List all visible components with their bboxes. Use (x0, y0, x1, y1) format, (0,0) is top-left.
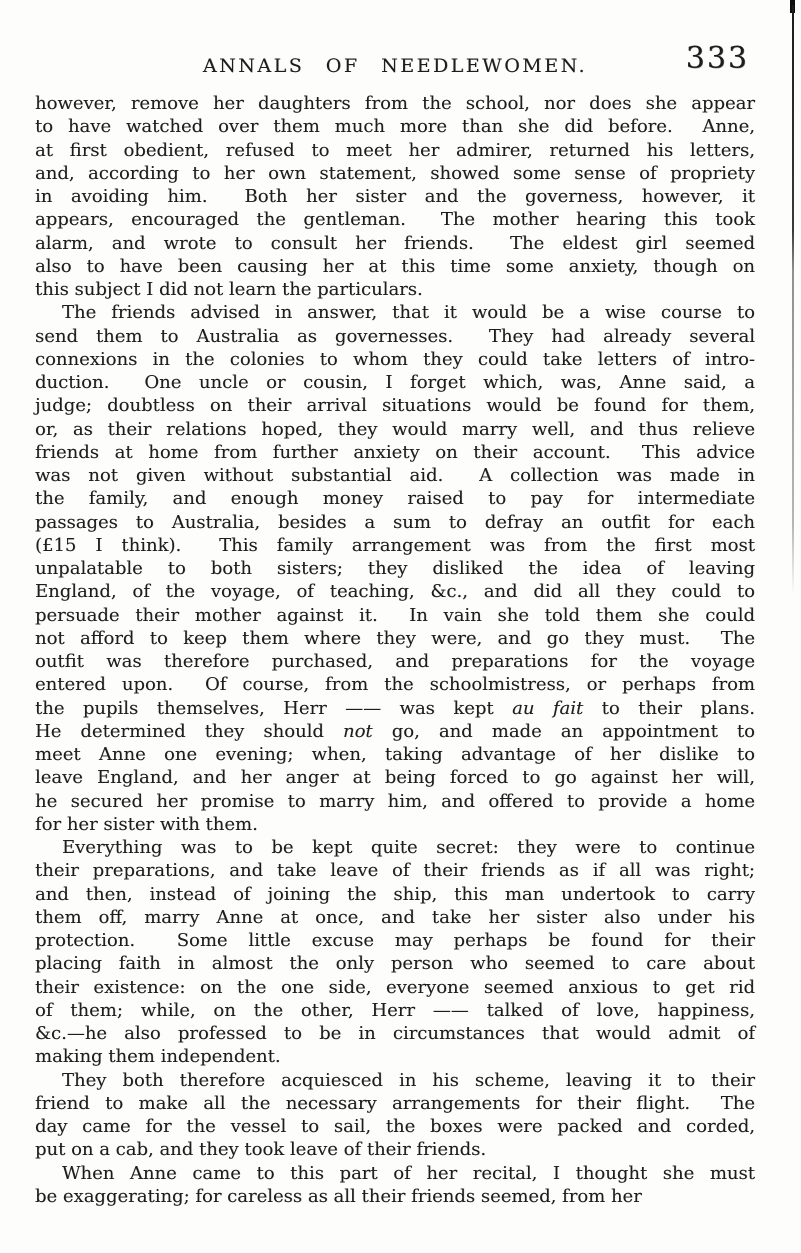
text-line: He determined they should not go, and ma… (35, 720, 755, 743)
text-line: the family, and enough money raised to p… (35, 487, 755, 510)
text-line: They both therefore acquiesced in his sc… (35, 1069, 755, 1092)
text-line: of them; while, on the other, Herr —— ta… (35, 999, 755, 1022)
text-line: The friends advised in answer, that it w… (35, 301, 755, 324)
paragraph: The friends advised in answer, that it w… (35, 301, 755, 836)
text-line: appears, encouraged the gentleman. The m… (35, 208, 755, 231)
text-line: for her sister with them. (35, 813, 755, 836)
text-line: friend to make all the necessary arrange… (35, 1092, 755, 1115)
text-line: not afford to keep them where they were,… (35, 627, 755, 650)
text-line: judge; doubtless on their arrival situat… (35, 394, 755, 417)
text-line: placing faith in almost the only person … (35, 952, 755, 975)
text-line: to have watched over them much more than… (35, 115, 755, 138)
text-line: them off, marry Anne at once, and take h… (35, 906, 755, 929)
text-line: was not given without substantial aid. A… (35, 464, 755, 487)
paragraph: Everything was to be kept quite secret: … (35, 836, 755, 1069)
text-line: put on a cab, and they took leave of the… (35, 1138, 755, 1161)
text-line: the pupils themselves, Herr —— was kept … (35, 697, 755, 720)
text-line: he secured her promise to marry him, and… (35, 790, 755, 813)
paragraph: They both therefore acquiesced in his sc… (35, 1069, 755, 1162)
text-line: alarm, and wrote to consult her friends.… (35, 232, 755, 255)
text-line: their preparations, and take leave of th… (35, 859, 755, 882)
text-line: connexions in the colonies to whom they … (35, 348, 755, 371)
page-number: 333 (686, 41, 749, 76)
text-line: persuade their mother against it. In vai… (35, 604, 755, 627)
text-line: &c.—he also professed to be in circumsta… (35, 1022, 755, 1045)
text-line: entered upon. Of course, from the school… (35, 673, 755, 696)
text-line: send them to Australia as governesses. T… (35, 325, 755, 348)
text-line: and, according to her own statement, sho… (35, 162, 755, 185)
paragraph: When Anne came to this part of her recit… (35, 1162, 755, 1209)
text-line: also to have been causing her at this ti… (35, 255, 755, 278)
text-block: however, remove her daughters from the s… (35, 92, 755, 1208)
text-line: outfit was therefore purchased, and prep… (35, 650, 755, 673)
text-line: day came for the vessel to sail, the box… (35, 1115, 755, 1138)
text-line: this subject I did not learn the particu… (35, 278, 755, 301)
text-line: or, as their relations hoped, they would… (35, 418, 755, 441)
text-line: unpalatable to both sisters; they dislik… (35, 557, 755, 580)
page-header: ANNALS OF NEEDLEWOMEN. 333 (35, 51, 755, 87)
text-line: in avoiding him. Both her sister and the… (35, 185, 755, 208)
text-line: however, remove her daughters from the s… (35, 92, 755, 115)
text-line: When Anne came to this part of her recit… (35, 1162, 755, 1185)
text-line: protection. Some little excuse may perha… (35, 929, 755, 952)
text-line: leave England, and her anger at being fo… (35, 766, 755, 789)
text-line: Everything was to be kept quite secret: … (35, 836, 755, 859)
text-line: be exaggerating; for careless as all the… (35, 1185, 755, 1208)
paragraph: however, remove her daughters from the s… (35, 92, 755, 301)
text-line: making them independent. (35, 1045, 755, 1068)
text-line: passages to Australia, besides a sum to … (35, 511, 755, 534)
text-line: and then, instead of joining the ship, t… (35, 883, 755, 906)
text-line: friends at home from further anxiety on … (35, 441, 755, 464)
text-line: duction. One uncle or cousin, I forget w… (35, 371, 755, 394)
text-line: meet Anne one evening; when, taking adva… (35, 743, 755, 766)
text-line: England, of the voyage, of teaching, &c.… (35, 580, 755, 603)
text-line: at first obedient, refused to meet her a… (35, 139, 755, 162)
text-line: their existence: on the one side, everyo… (35, 976, 755, 999)
scanned-book-page: ANNALS OF NEEDLEWOMEN. 333 however, remo… (0, 0, 801, 1253)
scan-artifact-line (792, 5, 794, 595)
text-line: (£15 I think). This family arrangement w… (35, 534, 755, 557)
running-title: ANNALS OF NEEDLEWOMEN. (35, 51, 755, 77)
